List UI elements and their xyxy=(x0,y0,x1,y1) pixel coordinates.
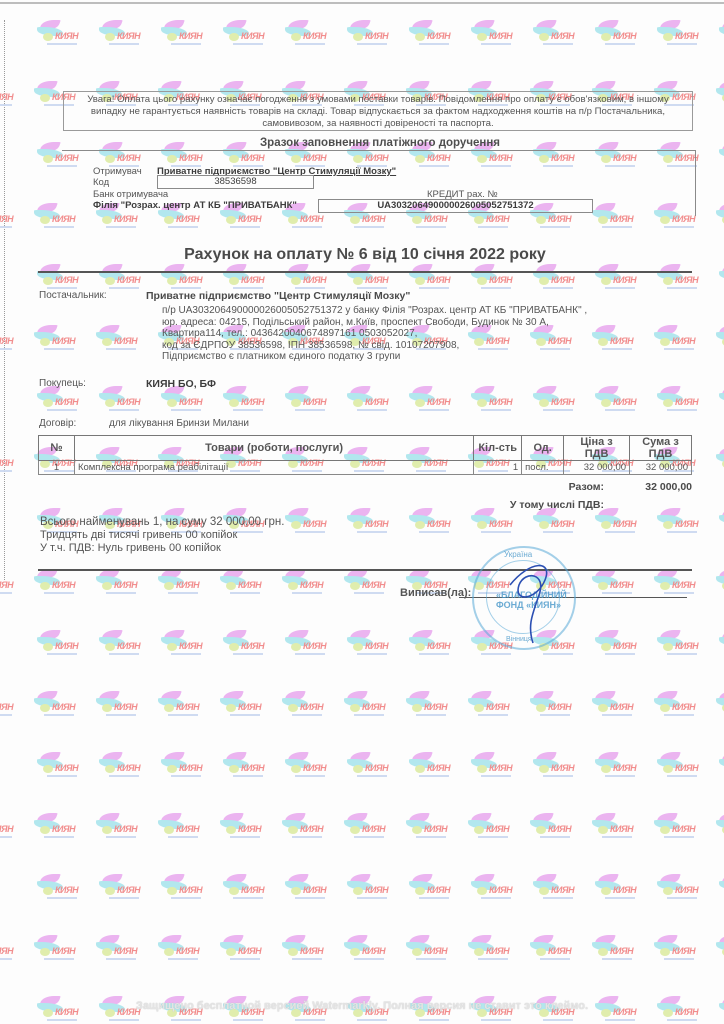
notice-line: випадку не гарантується наявність товарі… xyxy=(64,106,692,118)
supplier-detail-line: Підприємство є платником єдиного податку… xyxy=(162,351,587,363)
contract-label: Договір: xyxy=(39,418,76,429)
contract-value: для лікування Бринзи Милани xyxy=(109,418,249,429)
cell-price: 32 000,00 xyxy=(564,461,630,475)
bank-label: Банк отримувача xyxy=(93,189,168,200)
col-goods: Товари (роботи, послуги) xyxy=(74,436,473,461)
code-value: 38536598 xyxy=(157,175,314,189)
col-number: № xyxy=(39,436,75,461)
buyer-label: Покупець: xyxy=(39,378,86,389)
col-price: Ціна з ПДВ xyxy=(564,436,630,461)
table-header-row: № Товари (роботи, послуги) Кіл-сть Од. Ц… xyxy=(39,436,692,461)
supplier-detail-line: код за ЄДРПОУ 38536598, ІПН 38536598, № … xyxy=(162,340,587,352)
col-quantity: Кіл-сть xyxy=(474,436,522,461)
cell-goods: Комплексна програма реабілітації xyxy=(74,461,473,475)
supplier-label: Постачальник: xyxy=(39,290,107,301)
col-unit: Од. xyxy=(522,436,564,461)
total-value: 32 000,00 xyxy=(612,481,692,493)
supplier-name: Приватне підприємство "Центр Стимуляції … xyxy=(146,290,410,302)
summary-line: У т.ч. ПДВ: Нуль гривень 00 копійок xyxy=(40,542,284,555)
total-label: Разом: xyxy=(480,481,604,493)
cell-number: 1 xyxy=(39,461,75,475)
signature-icon xyxy=(505,555,555,645)
amount-summary: Всього найменувань 1, на суму 32 000,00 … xyxy=(40,516,284,555)
notice-line: Увага! Оплата цього рахунку означає пого… xyxy=(64,94,692,106)
items-table: № Товари (роботи, послуги) Кіл-сть Од. Ц… xyxy=(38,435,692,475)
invoice-title: Рахунок на оплату № 6 від 10 січня 2022 … xyxy=(40,246,690,264)
payment-sample-title: Зразок заповнення платіжного доручення xyxy=(60,137,700,149)
col-sum: Сума з ПДВ xyxy=(630,436,692,461)
cell-unit: посл. xyxy=(522,461,564,475)
supplier-detail-line: п/р UA303206490000026005052751372 у банк… xyxy=(162,305,587,317)
table-row: 1 Комплексна програма реабілітації 1 пос… xyxy=(39,461,692,475)
cell-sum: 32 000,00 xyxy=(630,461,692,475)
summary-line: Всього найменувань 1, на суму 32 000,00 … xyxy=(40,516,284,529)
title-divider xyxy=(38,271,692,273)
bank-value: Філія "Розрах. центр АТ КБ "ПРИВАТБАНК" xyxy=(93,200,297,211)
credit-account-value: UA303206490000026005052751372 xyxy=(318,199,593,213)
notice-line: самовивозом, за наявності довіреності та… xyxy=(64,118,692,130)
cell-quantity: 1 xyxy=(474,461,522,475)
recipient-label: Отримувач xyxy=(93,166,142,177)
supplier-detail-line: юр. адреса: 04215, Подільський район, м.… xyxy=(162,317,587,329)
summary-line: Тридцять дві тисячі гривень 00 копійок xyxy=(40,529,284,542)
code-label: Код xyxy=(93,177,109,188)
payment-notice-box: Увага! Оплата цього рахунку означає пого… xyxy=(63,91,693,131)
summary-divider xyxy=(38,569,692,571)
supplier-detail-line: Квартира114, тел.: 0436420040674897161 0… xyxy=(162,328,587,340)
vat-label: У тому числі ПДВ: xyxy=(440,499,604,511)
supplier-details: п/р UA303206490000026005052751372 у банк… xyxy=(162,305,587,363)
watermark-footer: Защищено бесплатной версией Watermarkly.… xyxy=(0,1000,724,1012)
invoice-document: Увага! Оплата цього рахунку означає пого… xyxy=(0,0,724,1024)
buyer-value: КИЯН БО, БФ xyxy=(146,378,216,390)
